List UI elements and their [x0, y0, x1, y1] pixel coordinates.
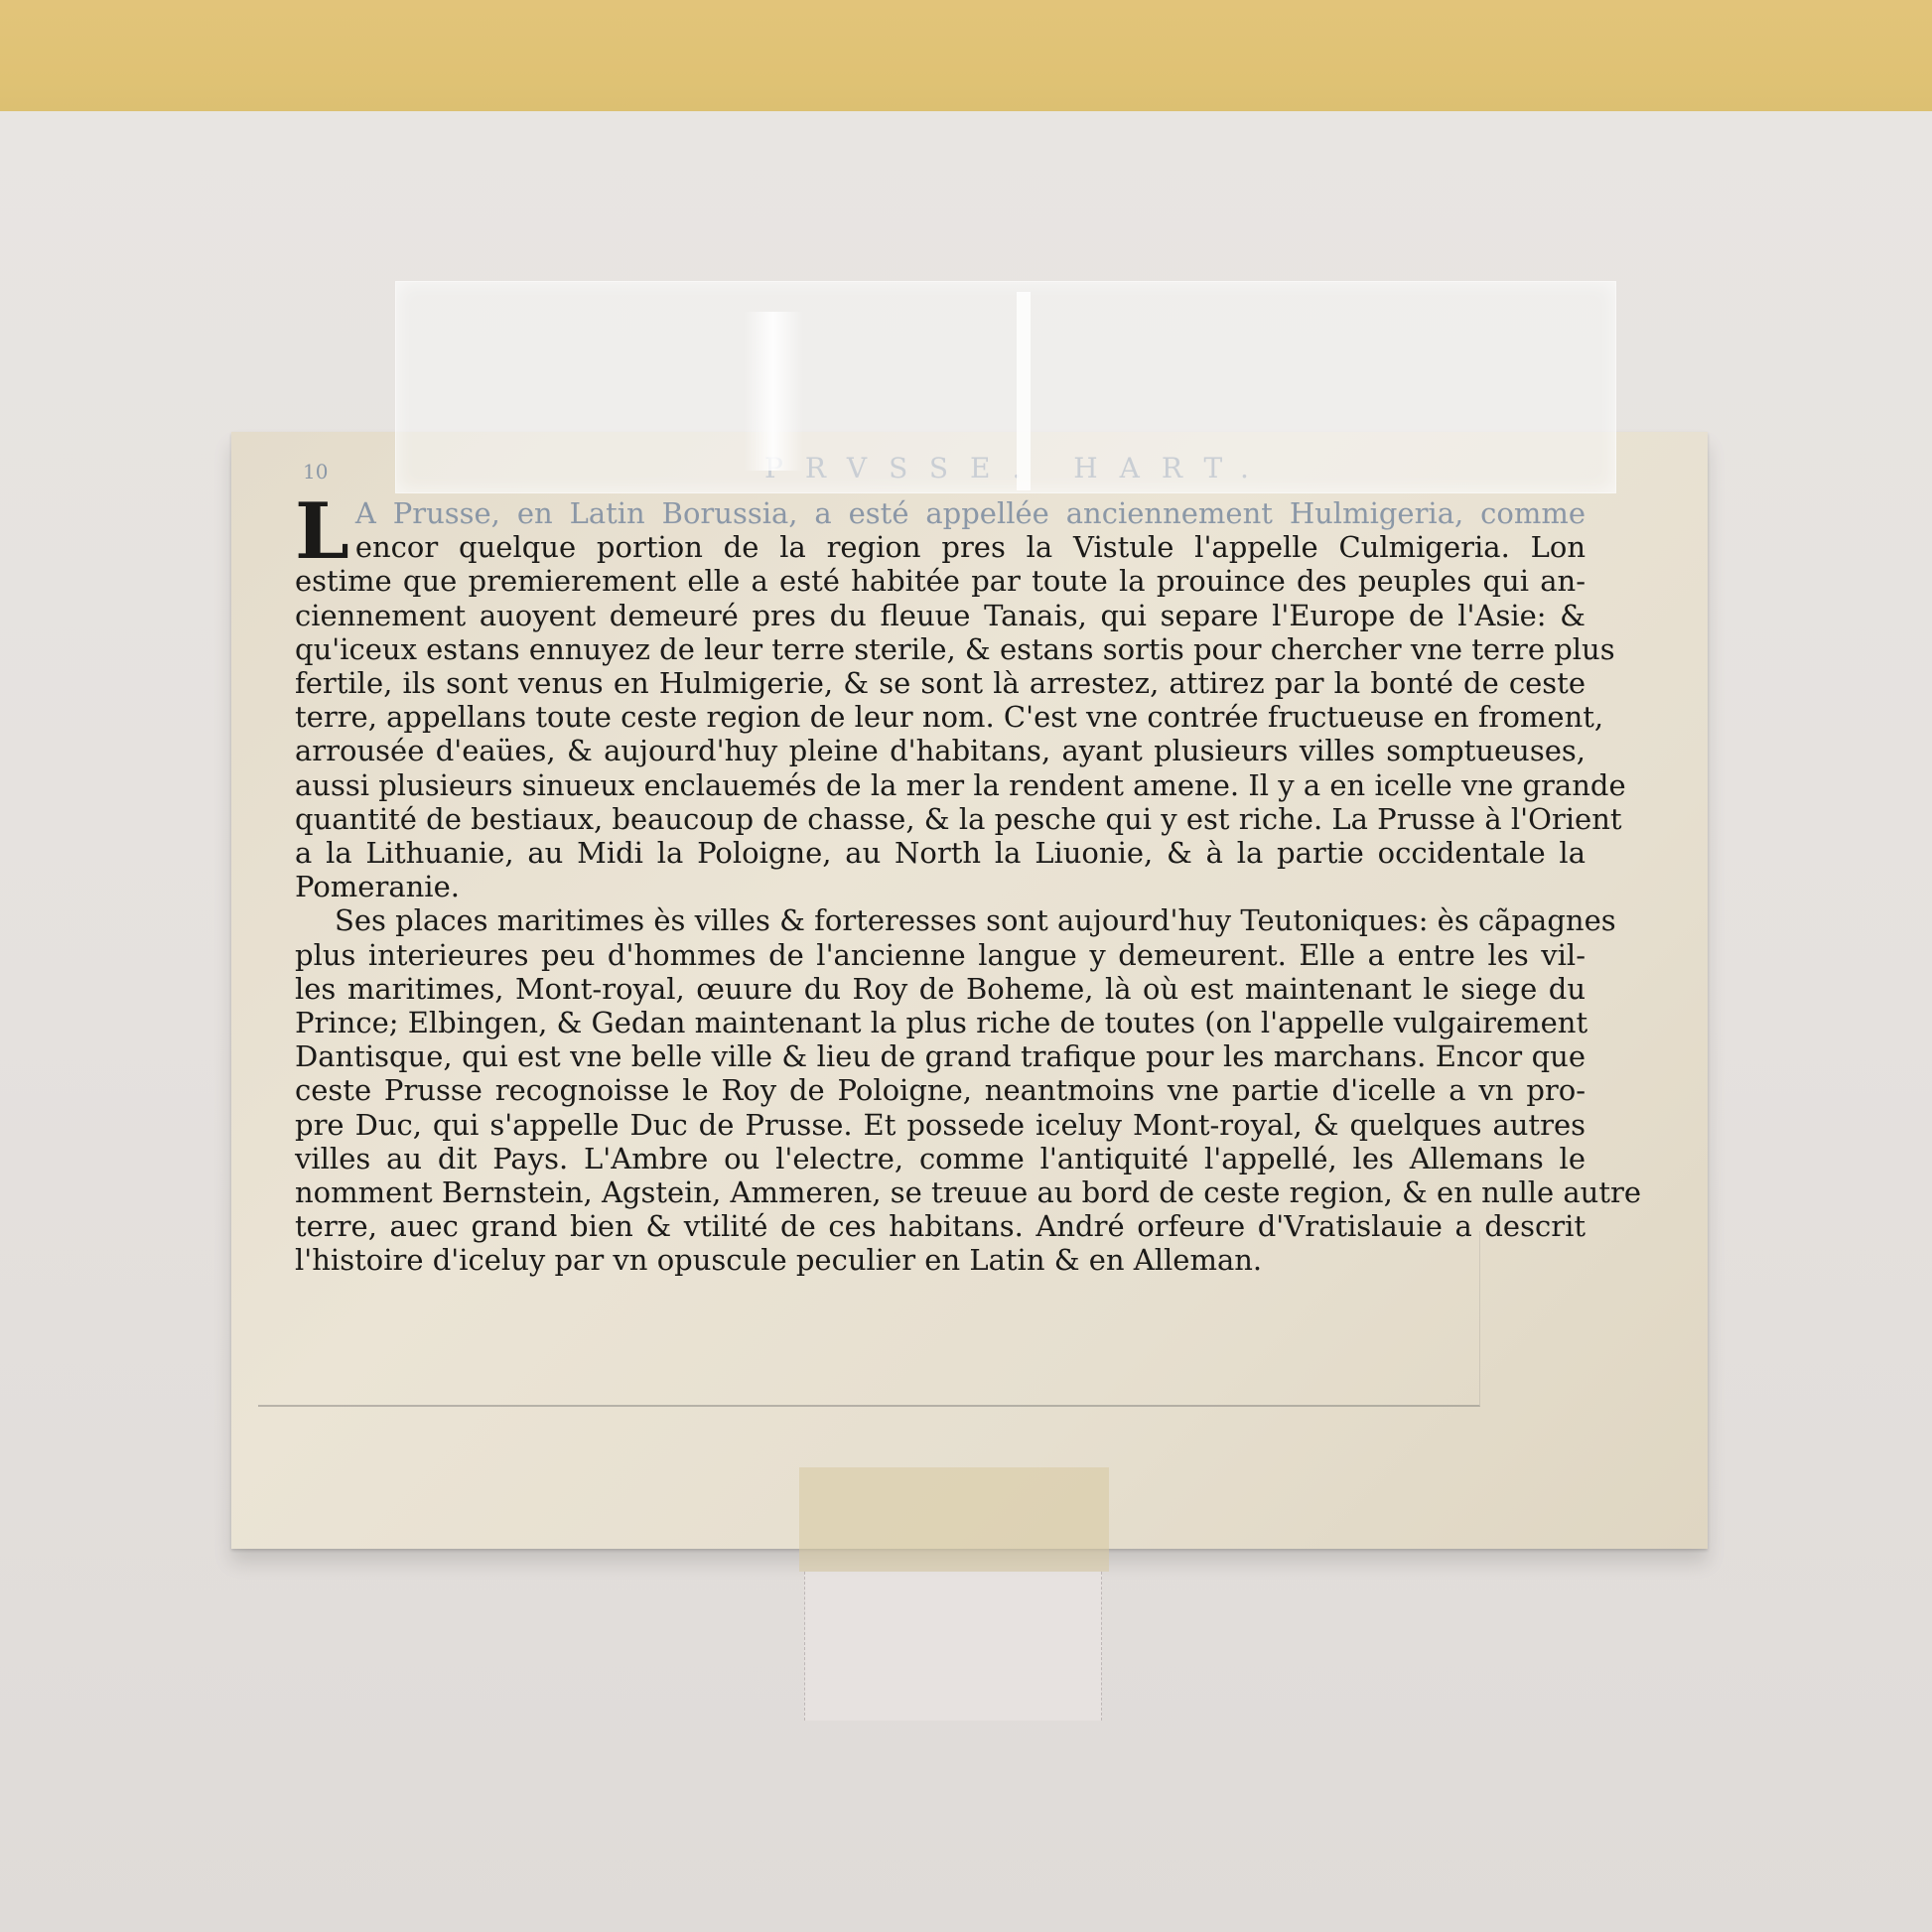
text-line: estime que premierement elle a esté habi… [295, 564, 1586, 598]
tape-hinge-on-mat [804, 1572, 1102, 1721]
text-line: ceste Prusse recognoisse le Roy de Poloi… [295, 1073, 1586, 1107]
paper-tape-bottom [799, 1467, 1109, 1572]
text-line: Pomeranie. [295, 870, 1586, 903]
text-line: encor quelque portion de la region pres … [295, 530, 1586, 564]
text-line: villes au dit Pays. L'Ambre ou l'electre… [295, 1142, 1586, 1175]
text-line: Ses places maritimes ès villes & fortere… [295, 903, 1586, 937]
text-line: plus interieures peu d'hommes de l'ancie… [295, 938, 1586, 972]
clear-tape-top [395, 281, 1616, 493]
text-line: A Prusse, en Latin Borussia, a esté appe… [295, 496, 1586, 530]
tape-glare [1017, 292, 1031, 490]
text-line: pre Duc, qui s'appelle Duc de Prusse. Et… [295, 1108, 1586, 1142]
text-line: Dantisque, qui est vne belle ville & lie… [295, 1039, 1586, 1073]
page-number: 10 [303, 460, 328, 483]
paragraph-2: Ses places maritimes ès villes & fortere… [255, 903, 1586, 1277]
text-line: terre, auec grand bien & vtilité de ces … [295, 1209, 1586, 1243]
text-line: a la Lithuanie, au Midi la Poloigne, au … [295, 836, 1586, 870]
text-line: nomment Bernstein, Agstein, Ammeren, se … [295, 1175, 1586, 1209]
text-line: fertile, ils sont venus en Hulmigerie, &… [295, 666, 1586, 700]
document-body: L A Prusse, en Latin Borussia, a esté ap… [295, 496, 1586, 1278]
text-line: quantité de bestiaux, beaucoup de chasse… [295, 802, 1586, 836]
text-line: qu'iceux estans ennuyez de leur terre st… [295, 632, 1586, 666]
text-line: aussi plusieurs sinueux enclauemés de la… [295, 768, 1586, 802]
paragraph-1: L A Prusse, en Latin Borussia, a esté ap… [295, 496, 1586, 903]
text-line: terre, appellans toute ceste region de l… [295, 700, 1586, 734]
text-line: les maritimes, Mont-royal, œuure du Roy … [295, 972, 1586, 1006]
tape-glare [744, 312, 803, 471]
text-line: ciennement auoyent demeuré pres du fleuu… [295, 599, 1586, 632]
text-line: Prince; Elbingen, & Gedan maintenant la … [295, 1006, 1586, 1039]
text-line: arrousée d'eaües, & aujourd'huy pleine d… [295, 734, 1586, 767]
text-line: l'histoire d'iceluy par vn opuscule pecu… [295, 1243, 1586, 1277]
